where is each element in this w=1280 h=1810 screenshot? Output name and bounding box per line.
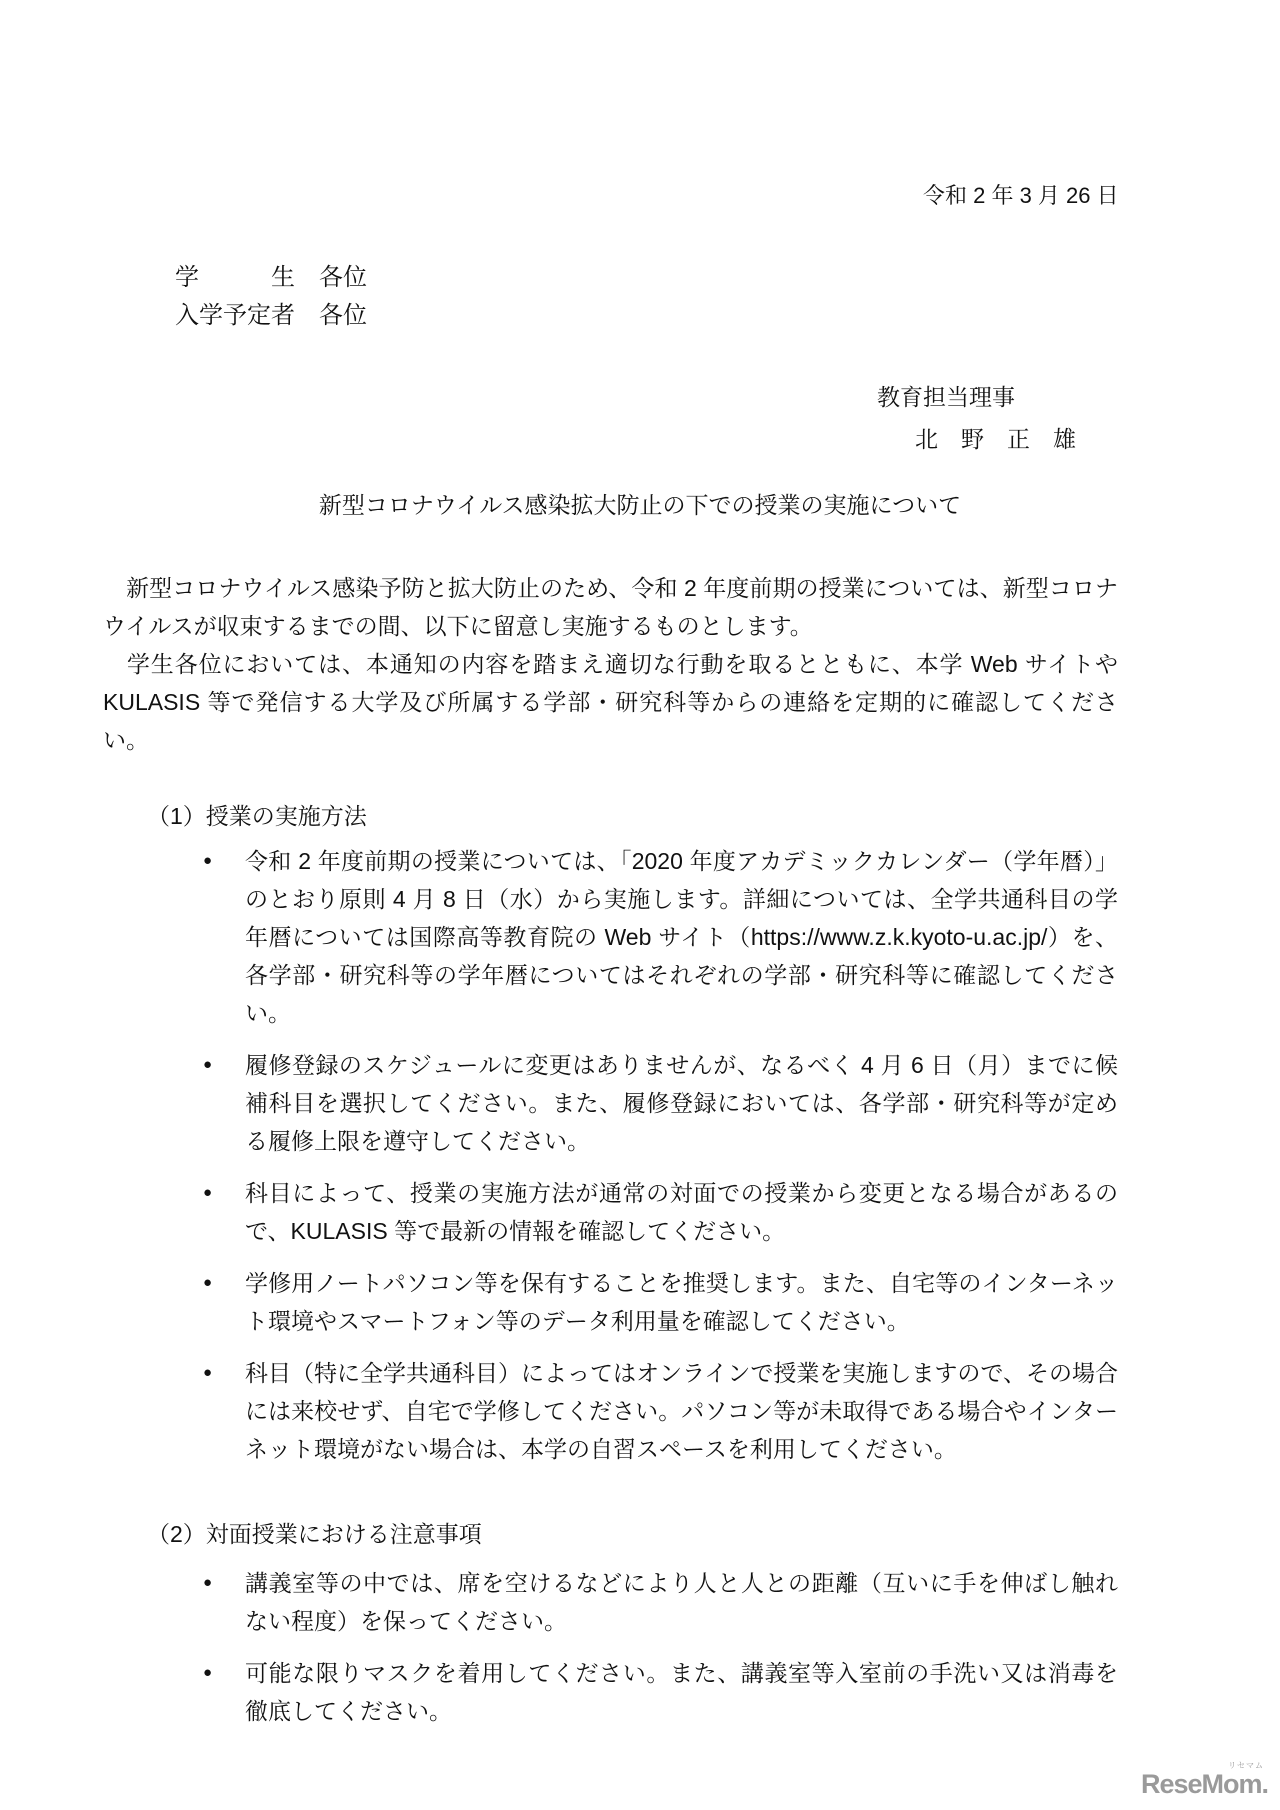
section-2-heading: （2）対面授業における注意事項 bbox=[147, 1515, 1118, 1553]
list-item: ● 可能な限りマスクを着用してください。また、講義室等入室前の手洗い又は消毒を徹… bbox=[103, 1654, 1118, 1730]
paragraph-1: 新型コロナウイルス感染予防と拡大防止のため、令和 2 年度前期の授業については、… bbox=[103, 569, 1118, 645]
recipient-line-students: 学 生 各位 bbox=[175, 259, 1118, 297]
bullet-text: 可能な限りマスクを着用してください。また、講義室等入室前の手洗い又は消毒を徹底し… bbox=[245, 1660, 1118, 1724]
sender-title: 教育担当理事 bbox=[877, 376, 1118, 418]
bullet-icon: ● bbox=[203, 1264, 212, 1302]
bullet-text: 履修登録のスケジュールに変更はありませんが、なるべく 4 月 6 日（月）までに… bbox=[245, 1052, 1118, 1154]
watermark-logo: ReseMom. bbox=[1141, 1771, 1268, 1798]
section-1-bullet-list: ● 令和 2 年度前期の授業については、「2020 年度アカデミックカレンダー（… bbox=[103, 842, 1118, 1468]
recipient-line-prospective-students: 入学予定者 各位 bbox=[175, 297, 1118, 335]
bullet-text: 科目（特に全学共通科目）によってはオンラインで授業を実施しますので、その場合には… bbox=[245, 1360, 1118, 1462]
bullet-text: 令和 2 年度前期の授業については、「2020 年度アカデミックカレンダー（学年… bbox=[245, 848, 1118, 1026]
bullet-icon: ● bbox=[203, 1354, 212, 1392]
resemom-watermark: リセマム ReseMom. bbox=[1141, 1762, 1268, 1798]
list-item: ● 講義室等の中では、席を空けるなどにより人と人との距離（互いに手を伸ばし触れな… bbox=[103, 1564, 1118, 1640]
list-item: ● 科目（特に全学共通科目）によってはオンラインで授業を実施しますので、その場合… bbox=[103, 1354, 1118, 1468]
paragraph-2: 学生各位においては、本通知の内容を踏まえ適切な行動を取るとともに、本学 Web … bbox=[103, 645, 1118, 759]
section-1-heading: （1）授業の実施方法 bbox=[147, 797, 1118, 835]
bullet-text: 科目によって、授業の実施方法が通常の対面での授業から変更となる場合があるので、K… bbox=[245, 1180, 1118, 1244]
bullet-icon: ● bbox=[203, 1046, 212, 1084]
bullet-icon: ● bbox=[203, 842, 212, 880]
bullet-text: 学修用ノートパソコン等を保有することを推奨します。また、自宅等のインターネット環… bbox=[245, 1270, 1118, 1334]
document-content: 令和 2 年 3 月 26 日 学 生 各位 入学予定者 各位 教育担当理事 北… bbox=[103, 177, 1118, 1730]
sender-name: 北 野 正 雄 bbox=[915, 418, 1118, 460]
document-title: 新型コロナウイルス感染拡大防止の下での授業の実施について bbox=[103, 486, 1177, 524]
bullet-icon: ● bbox=[203, 1654, 212, 1692]
list-item: ● 科目によって、授業の実施方法が通常の対面での授業から変更となる場合があるので… bbox=[103, 1174, 1118, 1250]
sender-block: 教育担当理事 北 野 正 雄 bbox=[103, 376, 1118, 460]
bullet-text: 講義室等の中では、席を空けるなどにより人と人との距離（互いに手を伸ばし触れない程… bbox=[245, 1570, 1118, 1634]
list-item: ● 学修用ノートパソコン等を保有することを推奨します。また、自宅等のインターネッ… bbox=[103, 1264, 1118, 1340]
document-page: 令和 2 年 3 月 26 日 学 生 各位 入学予定者 各位 教育担当理事 北… bbox=[0, 0, 1280, 1810]
list-item: ● 履修登録のスケジュールに変更はありませんが、なるべく 4 月 6 日（月）ま… bbox=[103, 1046, 1118, 1160]
bullet-icon: ● bbox=[203, 1564, 212, 1602]
list-item: ● 令和 2 年度前期の授業については、「2020 年度アカデミックカレンダー（… bbox=[103, 842, 1118, 1032]
bullet-icon: ● bbox=[203, 1174, 212, 1212]
recipient-block: 学 生 各位 入学予定者 各位 bbox=[175, 259, 1118, 335]
document-date: 令和 2 年 3 月 26 日 bbox=[923, 177, 1118, 215]
section-2-bullet-list: ● 講義室等の中では、席を空けるなどにより人と人との距離（互いに手を伸ばし触れな… bbox=[103, 1564, 1118, 1730]
